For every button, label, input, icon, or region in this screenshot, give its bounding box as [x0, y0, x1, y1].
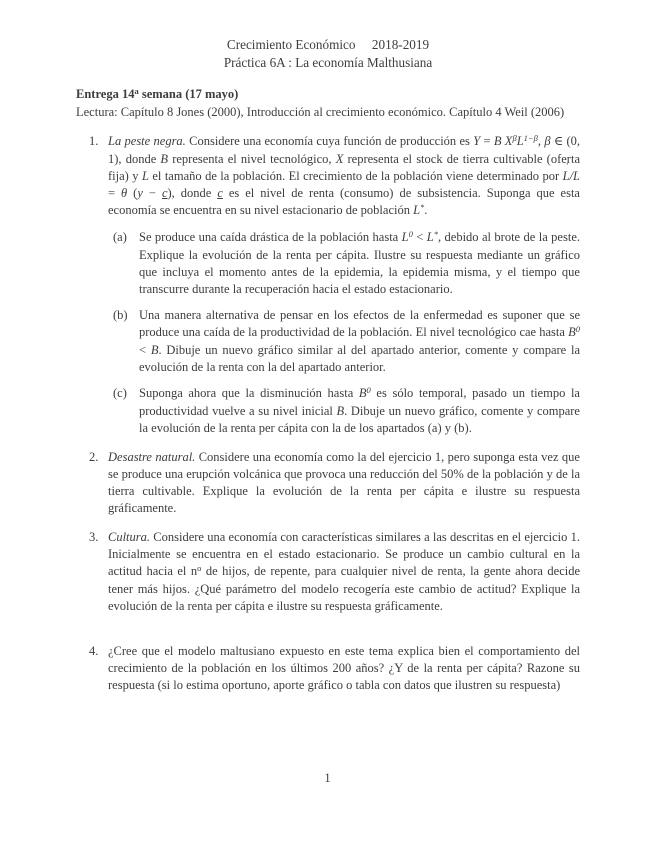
text-run: = [108, 186, 121, 200]
header-block: Entrega 14a semana (17 mayo) Lectura: Ca… [76, 86, 580, 121]
text-run: * [434, 229, 438, 239]
text-run: Suponga ahora que la disminución hasta [139, 386, 359, 400]
problem-1-number: 1. [76, 133, 108, 437]
text-run: 0 [409, 229, 413, 239]
text-run: B X [494, 134, 513, 148]
problem-2-content: Desastre natural. Considere una economía… [108, 449, 580, 517]
problem-1-subitems: (a) Se produce una caída drástica de la … [108, 229, 580, 437]
text-run: . Dibuje un nuevo gráfico similar al del… [139, 343, 580, 374]
text-run: . [424, 203, 427, 217]
problem-2-number: 2. [76, 449, 108, 517]
text-run: B [568, 325, 576, 339]
text-run: /L [570, 169, 580, 183]
doc-title: Crecimiento Económico 2018-2019 [76, 36, 580, 54]
document-page: Crecimiento Económico 2018-2019 Práctica… [0, 0, 655, 848]
problem-1: 1. La peste negra. Considere una economí… [76, 133, 580, 437]
text-run: = [480, 134, 494, 148]
subitem-b-text: Una manera alternativa de pensar en los … [139, 307, 580, 376]
text-run: Cultura. [108, 530, 150, 544]
text-run: representa el nivel tecnológico, [168, 152, 336, 166]
subitem-c-label: (c) [108, 385, 139, 437]
text-run: ¿Cree que el modelo maltusiano expuesto … [108, 644, 580, 692]
text-run: el tamaño de la población. El crecimient… [149, 169, 563, 183]
problem-3-content: Cultura. Considere una economía con cara… [108, 529, 580, 615]
text-run: B [160, 152, 168, 166]
text-run: ), donde [168, 186, 218, 200]
problem-4-text: ¿Cree que el modelo maltusiano expuesto … [108, 643, 580, 694]
text-run: − [143, 186, 162, 200]
problem-2-text: Desastre natural. Considere una economía… [108, 449, 580, 517]
text-run: La peste negra. [108, 134, 186, 148]
lectura-line: Lectura: Capítulo 8 Jones (2000), Introd… [76, 104, 580, 121]
text-run: * [420, 202, 424, 212]
text-run: < [139, 343, 151, 357]
text-run: 0 [576, 324, 580, 334]
text-run: 1−β [524, 133, 538, 143]
subitem-a-text: Se produce una caída drástica de la pobl… [139, 229, 580, 298]
subitem-c: (c) Suponga ahora que la disminución has… [108, 385, 580, 437]
page-number: 1 [0, 770, 655, 787]
text-run: L [142, 169, 149, 183]
text-run: L [402, 230, 409, 244]
problem-3: 3. Cultura. Considere una economía con c… [76, 529, 580, 615]
text-run: B [337, 404, 345, 418]
problem-4: 4. ¿Cree que el modelo maltusiano expues… [76, 643, 580, 694]
text-run: Entrega 14 [76, 87, 134, 101]
problem-1-content: La peste negra. Considere una economía c… [108, 133, 580, 437]
text-run: L [427, 230, 434, 244]
text-run: L [563, 168, 570, 185]
subitem-b: (b) Una manera alternativa de pensar en … [108, 307, 580, 376]
problem-2: 2. Desastre natural. Considere una econo… [76, 449, 580, 517]
problem-list: 1. La peste negra. Considere una economí… [76, 133, 580, 694]
title-block: Crecimiento Económico 2018-2019 Práctica… [76, 36, 580, 72]
text-run: < [413, 230, 427, 244]
subitem-a-label: (a) [108, 229, 139, 298]
text-run: o [197, 563, 201, 573]
subitem-c-text: Suponga ahora que la disminución hasta B… [139, 385, 580, 437]
problem-3-number: 3. [76, 529, 108, 615]
text-run: semana (17 mayo) [139, 87, 239, 101]
text-run: L [517, 134, 524, 148]
text-run: Una manera alternativa de pensar en los … [139, 308, 580, 339]
problem-3-text: Cultura. Considere una economía con cara… [108, 529, 580, 615]
text-run: Desastre natural. [108, 450, 195, 464]
text-run: ( [127, 186, 137, 200]
text-run: B [359, 386, 367, 400]
problem-1-text: La peste negra. Considere una economía c… [108, 133, 580, 220]
text-run: a [134, 86, 138, 96]
subitem-a: (a) Se produce una caída drástica de la … [108, 229, 580, 298]
text-run: L [413, 203, 420, 217]
text-run: Se produce una caída drástica de la pobl… [139, 230, 402, 244]
problem-4-number: 4. [76, 643, 108, 694]
text-run: Considere una economía cuya función de p… [186, 134, 473, 148]
text-run: 0 [367, 385, 371, 395]
text-run: β [512, 133, 516, 143]
problem-4-content: ¿Cree que el modelo maltusiano expuesto … [108, 643, 580, 694]
doc-subtitle: Práctica 6A : La economía Malthusiana [76, 54, 580, 72]
subitem-b-label: (b) [108, 307, 139, 376]
entrega-line: Entrega 14a semana (17 mayo) [76, 86, 580, 104]
